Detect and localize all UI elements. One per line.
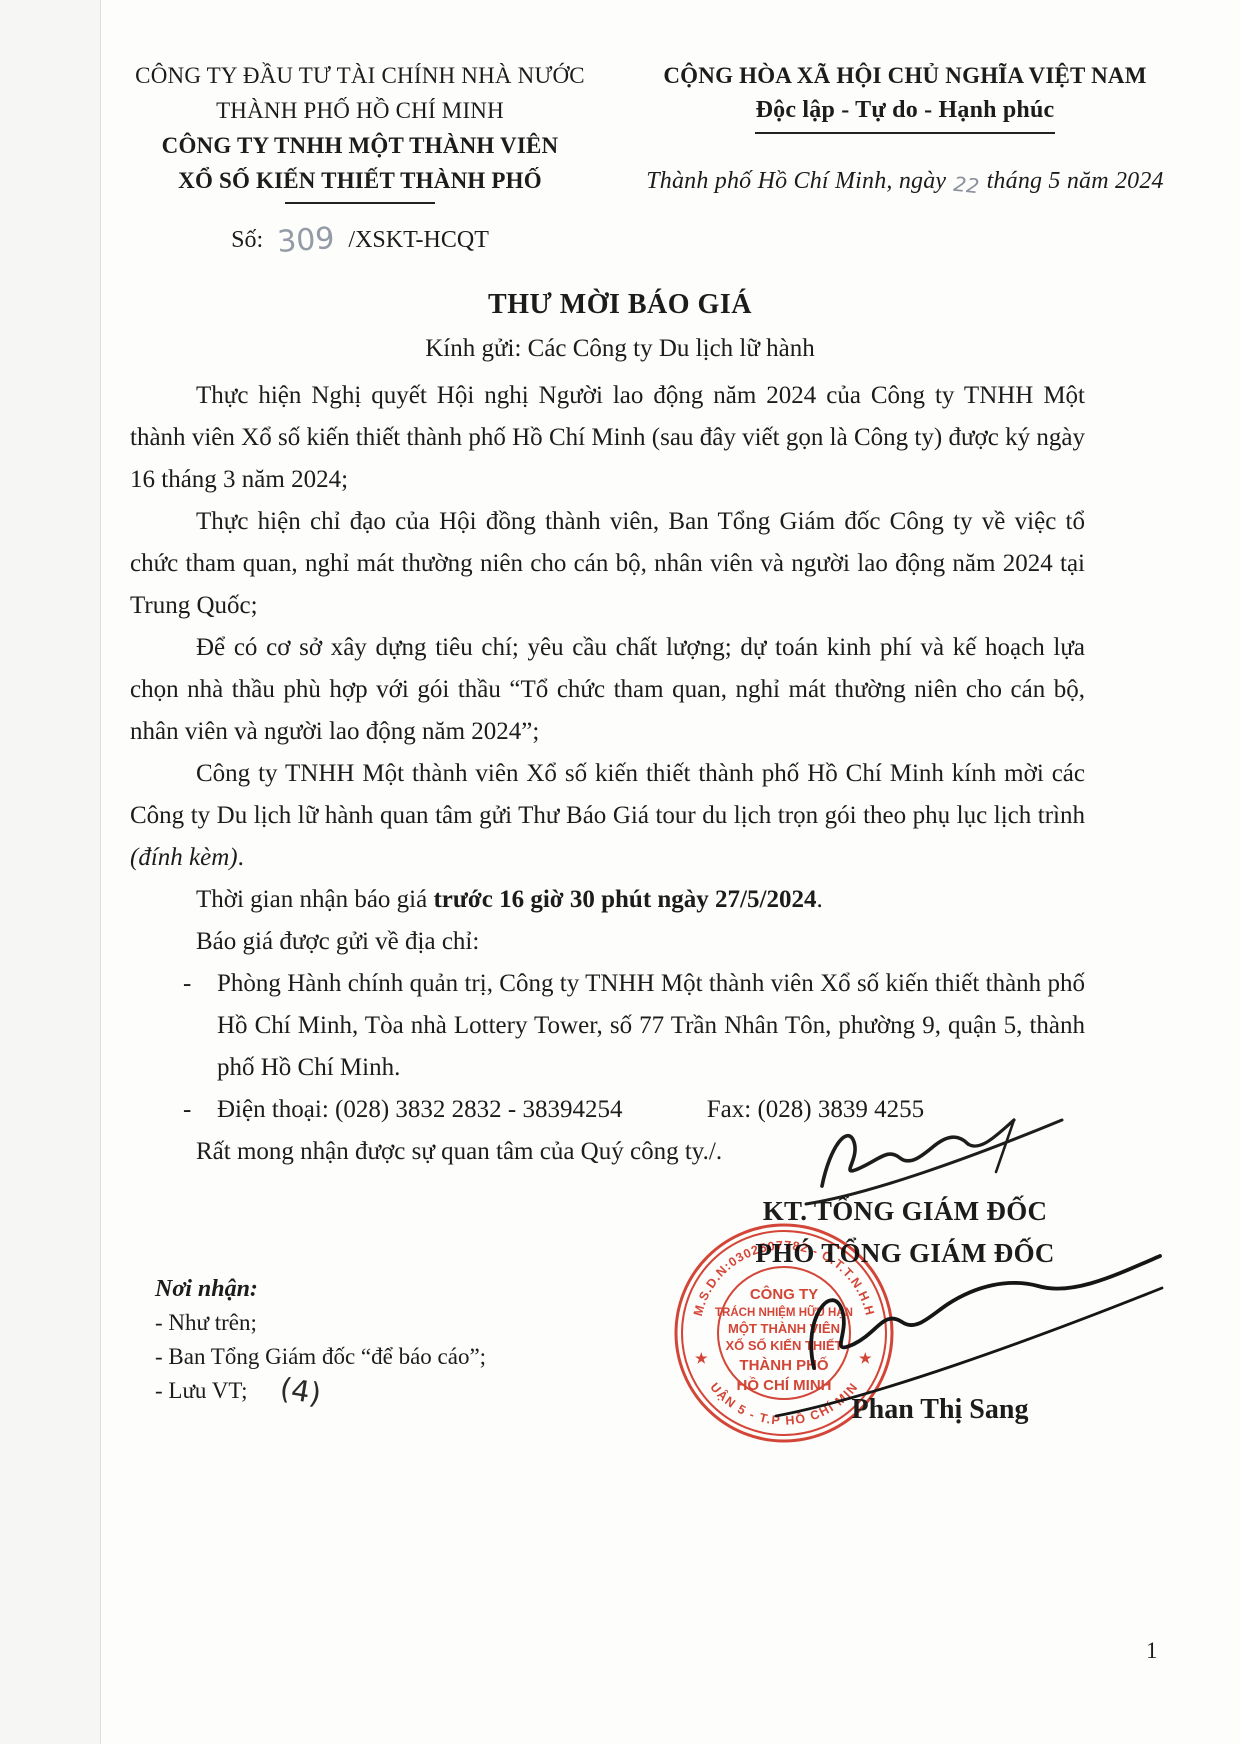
paragraph-1: Thực hiện Nghị quyết Hội nghị Người lao … xyxy=(130,375,1085,501)
signer-name: Phan Thị Sang xyxy=(760,1394,1120,1426)
republic-line: CỘNG HÒA XÃ HỘI CHỦ NGHĨA VIỆT NAM xyxy=(610,58,1200,93)
motto-line: Độc lập - Tự do - Hạnh phúc xyxy=(610,93,1200,128)
deadline-prefix: Thời gian nhận báo giá xyxy=(196,886,433,913)
seal-star-left-icon: ★ xyxy=(695,1350,708,1366)
paragraph-4-attachment-note: (đính kèm) xyxy=(130,844,238,871)
bullet-dash: - xyxy=(183,1089,217,1131)
date-day-handwritten: 22 xyxy=(952,172,980,199)
national-motto-block: CỘNG HÒA XÃ HỘI CHỦ NGHĨA VIỆT NAM Độc l… xyxy=(610,58,1200,255)
phone-number: Điện thoại: (028) 3832 2832 - 38394254 xyxy=(217,1096,623,1123)
scan-edge-strip xyxy=(0,0,100,1744)
letter-header: CÔNG TY ĐẦU TƯ TÀI CHÍNH NHÀ NƯỚC THÀNH … xyxy=(0,0,1240,255)
address-text: Phòng Hành chính quản trị, Công ty TNHH … xyxy=(217,963,1085,1089)
page-number: 1 xyxy=(1146,1638,1158,1664)
recipients-footer-block: Nơi nhận: - Như trên; - Ban Tổng Giám đố… xyxy=(155,1272,486,1408)
deadline-period: . xyxy=(816,886,822,913)
paragraph-3: Để có cơ sở xây dựng tiêu chí; yêu cầu c… xyxy=(130,627,1085,753)
parent-company-line1: CÔNG TY ĐẦU TƯ TÀI CHÍNH NHÀ NƯỚC xyxy=(110,58,610,93)
document-number-label: Số: xyxy=(231,227,263,253)
letter-title: THƯ MỜI BÁO GIÁ xyxy=(0,289,1240,321)
recipients-footer-title: Nơi nhận: xyxy=(155,1272,486,1306)
scan-artifact-line xyxy=(100,0,101,1744)
document-number-line: Số: 309 /XSKT-HCQT xyxy=(110,220,610,255)
date-prefix: Thành phố Hồ Chí Minh, ngày xyxy=(646,168,946,194)
recipients-footer-item-2: - Ban Tổng Giám đốc “để báo cáo”; xyxy=(155,1340,486,1374)
paragraph-2: Thực hiện chỉ đạo của Hội đồng thành viê… xyxy=(130,501,1085,627)
motto-underline xyxy=(755,132,1055,134)
place-date-line: Thành phố Hồ Chí Minh, ngày 22 tháng 5 n… xyxy=(610,168,1200,195)
address-bullet: - Phòng Hành chính quản trị, Công ty TNH… xyxy=(183,963,1085,1089)
paragraph-4: Công ty TNHH Một thành viên Xổ số kiến t… xyxy=(130,753,1085,879)
recipient-line: Kính gửi: Các Công ty Du lịch lữ hành xyxy=(0,335,1240,363)
deadline-datetime: trước 16 giờ 30 phút ngày 27/5/2024 xyxy=(433,886,816,913)
issuing-org-block: CÔNG TY ĐẦU TƯ TÀI CHÍNH NHÀ NƯỚC THÀNH … xyxy=(110,58,610,255)
bullet-dash: - xyxy=(183,963,217,1089)
scanned-letter-page: CÔNG TY ĐẦU TƯ TÀI CHÍNH NHÀ NƯỚC THÀNH … xyxy=(0,0,1240,1744)
company-underline xyxy=(285,202,435,204)
recipients-footer-item-1: - Như trên; xyxy=(155,1306,486,1340)
handwritten-copy-count: (4) xyxy=(278,1371,324,1411)
letter-body: Thực hiện Nghị quyết Hội nghị Người lao … xyxy=(0,375,1240,1173)
company-name-line2: XỔ SỐ KIẾN THIẾT THÀNH PHỐ xyxy=(110,163,610,198)
date-suffix: tháng 5 năm 2024 xyxy=(987,168,1164,194)
address-intro-line: Báo giá được gửi về địa chỉ: xyxy=(130,921,1085,963)
company-name-line1: CÔNG TY TNHH MỘT THÀNH VIÊN xyxy=(110,128,610,163)
parent-company-line2: THÀNH PHỐ HỒ CHÍ MINH xyxy=(110,93,610,128)
paragraph-4-period: . xyxy=(238,844,244,871)
paragraph-4-text: Công ty TNHH Một thành viên Xổ số kiến t… xyxy=(130,760,1085,829)
document-number-handwritten: 309 xyxy=(276,221,336,260)
document-number-suffix: /XSKT-HCQT xyxy=(348,227,488,253)
deadline-line: Thời gian nhận báo giá trước 16 giờ 30 p… xyxy=(130,879,1085,921)
